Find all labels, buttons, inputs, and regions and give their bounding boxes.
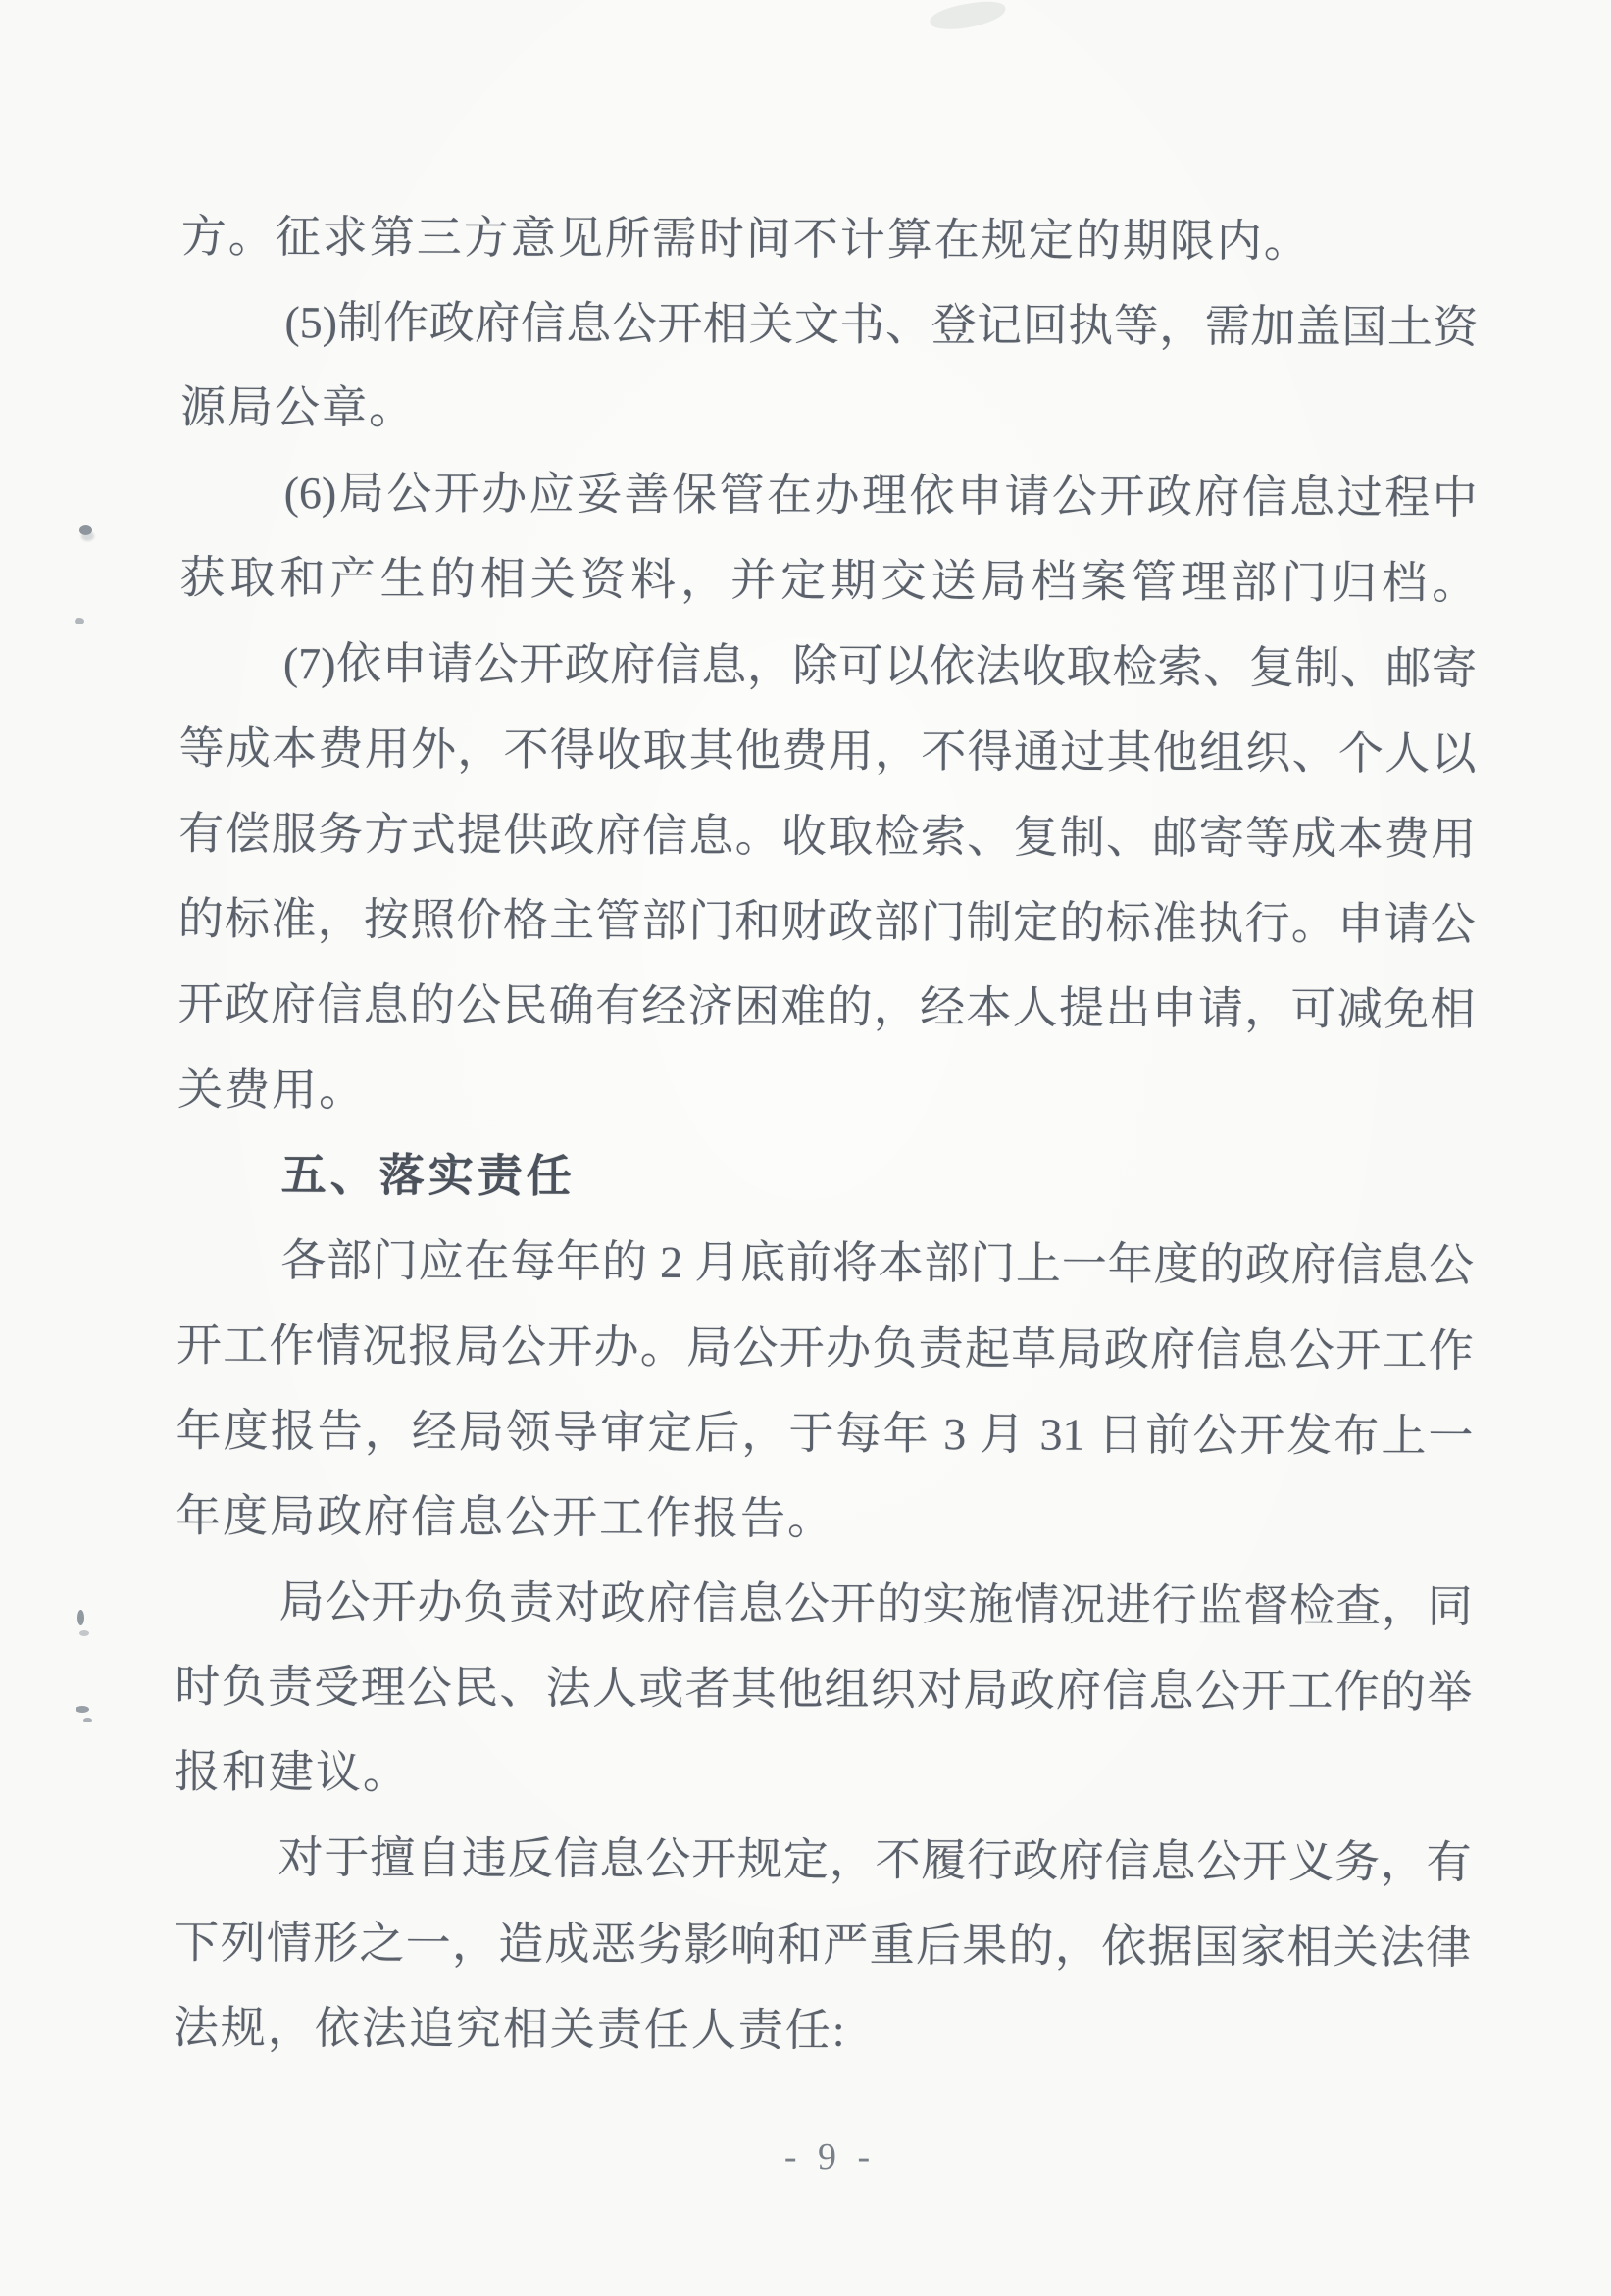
scan-speckle <box>79 525 92 535</box>
text-line: 的标准，按照价格主管部门和财政部门制定的标准执行。申请公 <box>178 876 1476 968</box>
page-number: - 9 - <box>181 2135 1479 2178</box>
text-line: 方。征求第三方意见所需时间不计算在规定的期限内。 <box>181 194 1479 285</box>
text-line: (6)局公开办应妥善保管在办理依申请公开政府信息过程中 <box>179 450 1477 541</box>
text-line: 局公开办负责对政府信息公开的实施情况进行监督检查，同 <box>176 1559 1473 1650</box>
scan-smudge <box>929 0 1008 33</box>
text-line: (7)依申请公开政府信息，除可以依法收取检索、复制、邮寄 <box>179 621 1477 712</box>
text-line: (5)制作政府信息公开相关文书、登记回执等，需加盖国土资 <box>180 279 1478 371</box>
text-line: 开工作情况报局公开办。局公开办负责起草局政府信息公开工作 <box>176 1303 1474 1394</box>
text-line: 年度局政府信息公开工作报告。 <box>176 1473 1473 1565</box>
scan-speckle <box>79 1630 89 1636</box>
text-line: 获取和产生的相关资料，并定期交送局档案管理部门归档。 <box>179 535 1477 626</box>
text-line: 关费用。 <box>177 1047 1475 1138</box>
scan-speckle <box>75 618 84 624</box>
text-line: 各部门应在每年的 2 月底前将本部门上一年度的政府信息公 <box>176 1218 1474 1309</box>
scan-speckle <box>83 1718 92 1722</box>
text-line: 法规，依法追究相关责任人责任: <box>174 1985 1471 2076</box>
scan-speckle <box>77 1610 84 1625</box>
text-line: 源局公章。 <box>180 365 1478 456</box>
scan-speckle <box>76 1706 89 1713</box>
text-line: 有偿服务方式提供政府信息。收取检索、复制、邮寄等成本费用 <box>178 791 1476 882</box>
section-heading: 五、落实责任 <box>176 1132 1474 1223</box>
text-line: 时负责受理公民、法人或者其他组织对局政府信息公开工作的举 <box>175 1644 1472 1735</box>
text-line: 对于擅自违反信息公开规定，不履行政府信息公开义务，有 <box>174 1815 1471 1906</box>
text-line: 年度报告，经局领导审定后，于每年 3 月 31 日前公开发布上一 <box>176 1388 1473 1479</box>
text-line: 开政府信息的公民确有经济困难的，经本人提出申请，可减免相 <box>177 962 1475 1053</box>
document-body: 方。征求第三方意见所需时间不计算在规定的期限内。 (5)制作政府信息公开相关文书… <box>174 194 1479 2076</box>
text-line: 下列情形之一，造成恶劣影响和严重后果的，依据国家相关法律 <box>174 1900 1471 1991</box>
text-line: 等成本费用外，不得收取其他费用，不得通过其他组织、个人以 <box>178 706 1476 797</box>
text-line: 报和建议。 <box>175 1729 1472 1821</box>
scanned-document-page: { "colors":{ "paper":"#f9f9f7", "ink":"#… <box>0 0 1611 2296</box>
